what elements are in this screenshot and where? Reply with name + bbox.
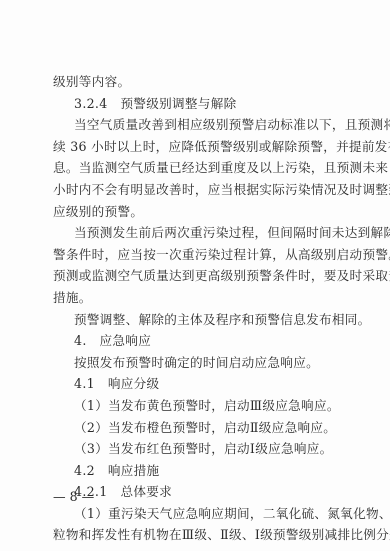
text-line: 粒物和挥发性有机物在Ⅲ级、Ⅱ级、Ⅰ级预警级别减排比例分别 <box>53 524 341 546</box>
text-line: 应级别的预警。 <box>53 201 341 223</box>
text-line: 当空气质量改善到相应级别预警启动标准以下，且预测将持 <box>53 114 341 136</box>
page-number: — 8 — <box>53 489 94 505</box>
section-heading-3-2-4: 3.2.4 预警级别调整与解除 <box>53 93 341 115</box>
text-line: 小时内不会有明显改善时，应当根据实际污染情况及时调整到相 <box>53 179 341 201</box>
list-item: （3）当发布红色预警时，启动Ⅰ级应急响应。 <box>53 438 341 460</box>
text-line: 按照发布预警时确定的时间启动应急响应。 <box>53 352 341 374</box>
list-item: （1）当发布黄色预警时，启动Ⅲ级应急响应。 <box>53 395 341 417</box>
text-line: 当预测发生前后两次重污染过程，但间隔时间未达到解除预 <box>53 222 341 244</box>
section-heading-4-2-1: 4.2.1 总体要求 <box>53 481 341 503</box>
section-heading-4-1: 4.1 响应分级 <box>53 373 341 395</box>
text-line: 级别等内容。 <box>53 71 341 93</box>
text-line: 预测或监测空气质量达到更高级别预警条件时，要及时采取升级 <box>53 265 341 287</box>
text-line: 续 36 小时以上时，应降低预警级别或解除预警，并提前发布信 <box>53 136 341 158</box>
text-line: 警条件时，应当按一次重污染过程计算，从高级别启动预警。当 <box>53 244 341 266</box>
text-line: （1）重污染天气应急响应期间，二氧化硫、氮氧化物、颗 <box>53 503 341 525</box>
list-item: （2）当发布橙色预警时，启动Ⅱ级应急响应。 <box>53 417 341 439</box>
text-line: 预警调整、解除的主体及程序和预警信息发布相同。 <box>53 309 341 331</box>
section-heading-4-2: 4.2 响应措施 <box>53 460 341 482</box>
document-body: 级别等内容。 3.2.4 预警级别调整与解除 当空气质量改善到相应级别预警启动标… <box>53 71 341 546</box>
text-line: 措施。 <box>53 287 341 309</box>
text-line: 息。当监测空气质量已经达到重度及以上污染，且预测未来 24 <box>53 157 341 179</box>
section-heading-4: 4. 应急响应 <box>53 330 341 352</box>
